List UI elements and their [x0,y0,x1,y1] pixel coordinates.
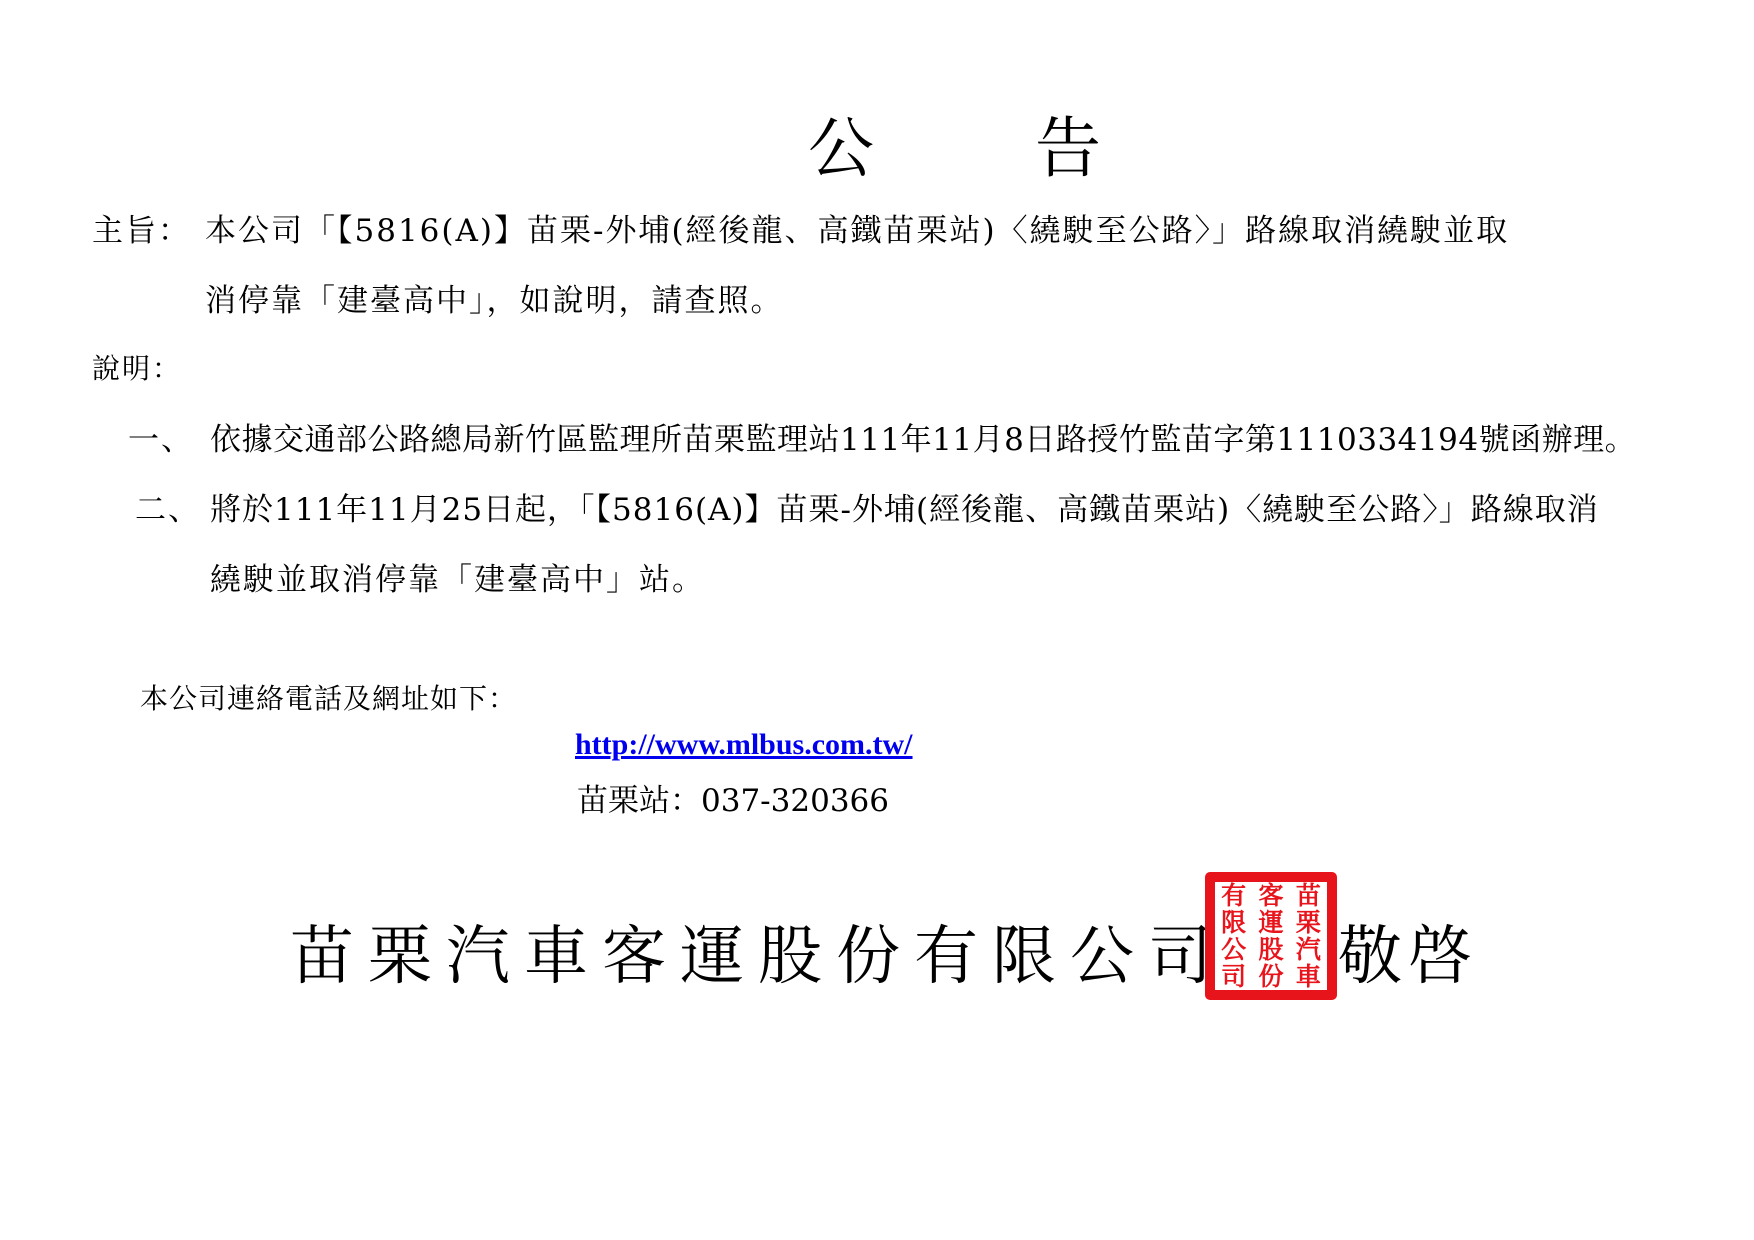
seal-char: 車 [1290,963,1327,990]
seal-char: 司 [1215,963,1252,990]
company-name: 苗栗汽車客運股份有限公司 [290,905,1226,997]
seal-char: 苗 [1290,882,1327,909]
seal-char: 栗 [1290,909,1327,936]
seal-char: 限 [1215,909,1252,936]
seal-char: 汽 [1290,936,1327,963]
title-char-2: 告 [1035,95,1101,190]
seal-char: 份 [1252,963,1289,990]
title-char-1: 公 [808,95,874,190]
seal-char: 運 [1252,909,1289,936]
company-seal: 苗 栗 汽 車 客 運 股 份 有 限 公 司 [1205,872,1337,1000]
contact-intro: 本公司連絡電話及網址如下： [140,685,517,713]
item-2-line-1: 將於111年11月25日起，「【5816(A)】苗栗-外埔(經後龍、高鐵苗栗站)… [210,495,1599,526]
subject-line-2: 消停靠「建臺高中」，如說明，請查照。 [205,286,784,317]
item-2-line-2: 繞駛並取消停靠「建臺高中」站。 [210,565,705,596]
website-link[interactable]: http://www.mlbus.com.tw/ [575,728,913,762]
subject-line-1: 本公司「【5816(A)】苗栗-外埔(經後龍、高鐵苗栗站)〈繞駛至公路〉」路線取… [205,216,1509,247]
subject-label: 主旨： [92,216,191,247]
item-1-line-1: 依據交通部公路總局新竹區監理所苗栗監理站111年11月8日路授竹監苗字第1110… [210,425,1636,456]
seal-char: 有 [1215,882,1252,909]
seal-char: 公 [1215,936,1252,963]
item-1-marker: 一、 [128,425,194,456]
item-2-marker: 二、 [135,495,201,526]
closing-text: 敬啓 [1338,905,1478,997]
explanation-label: 說明： [92,355,182,383]
phone-number: 苗栗站：037-320366 [577,775,889,820]
seal-char: 股 [1252,936,1289,963]
seal-char: 客 [1252,882,1289,909]
seal-grid: 苗 栗 汽 車 客 運 股 份 有 限 公 司 [1215,882,1327,990]
